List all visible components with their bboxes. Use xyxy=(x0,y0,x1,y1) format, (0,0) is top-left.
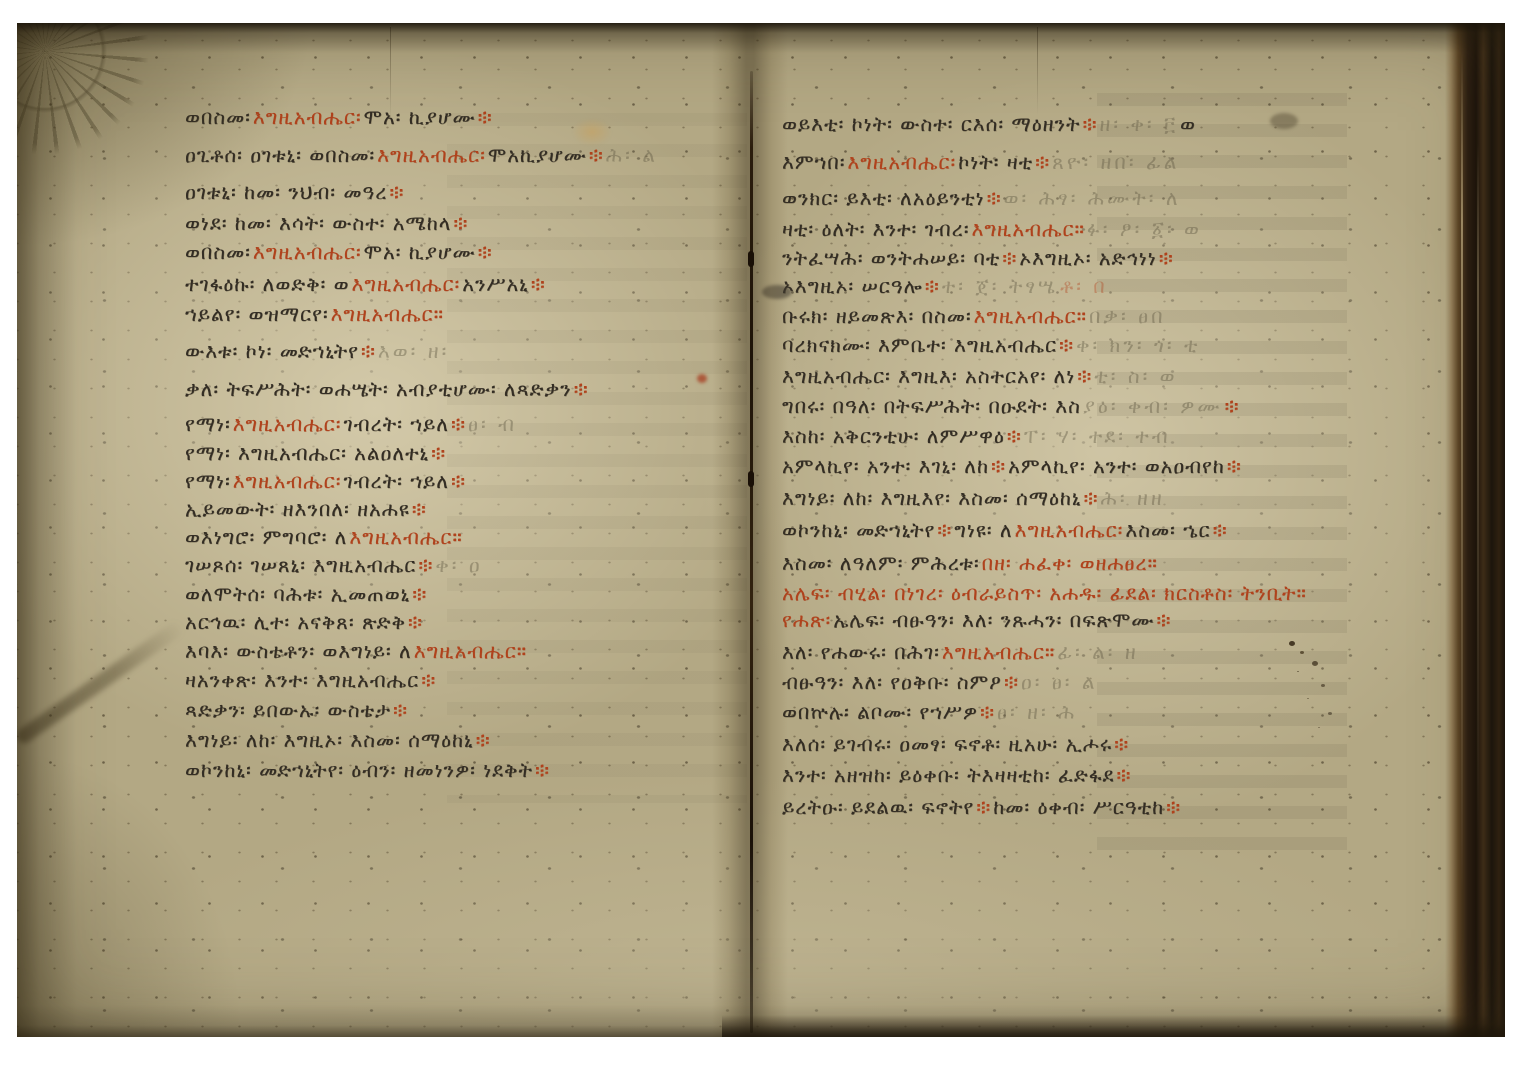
scan-backdrop: { "manuscript": { "colors": { "backgroun… xyxy=(0,0,1515,1071)
photo-vignette xyxy=(17,23,1505,1037)
manuscript-photo: ወበስመ፡እግዚአብሔር፡ሞአ፡ ኪያሆሙ፨ዐጊቶሰ፡ ዐገቱኒ፡ ወበስመ፡እ… xyxy=(17,23,1505,1037)
